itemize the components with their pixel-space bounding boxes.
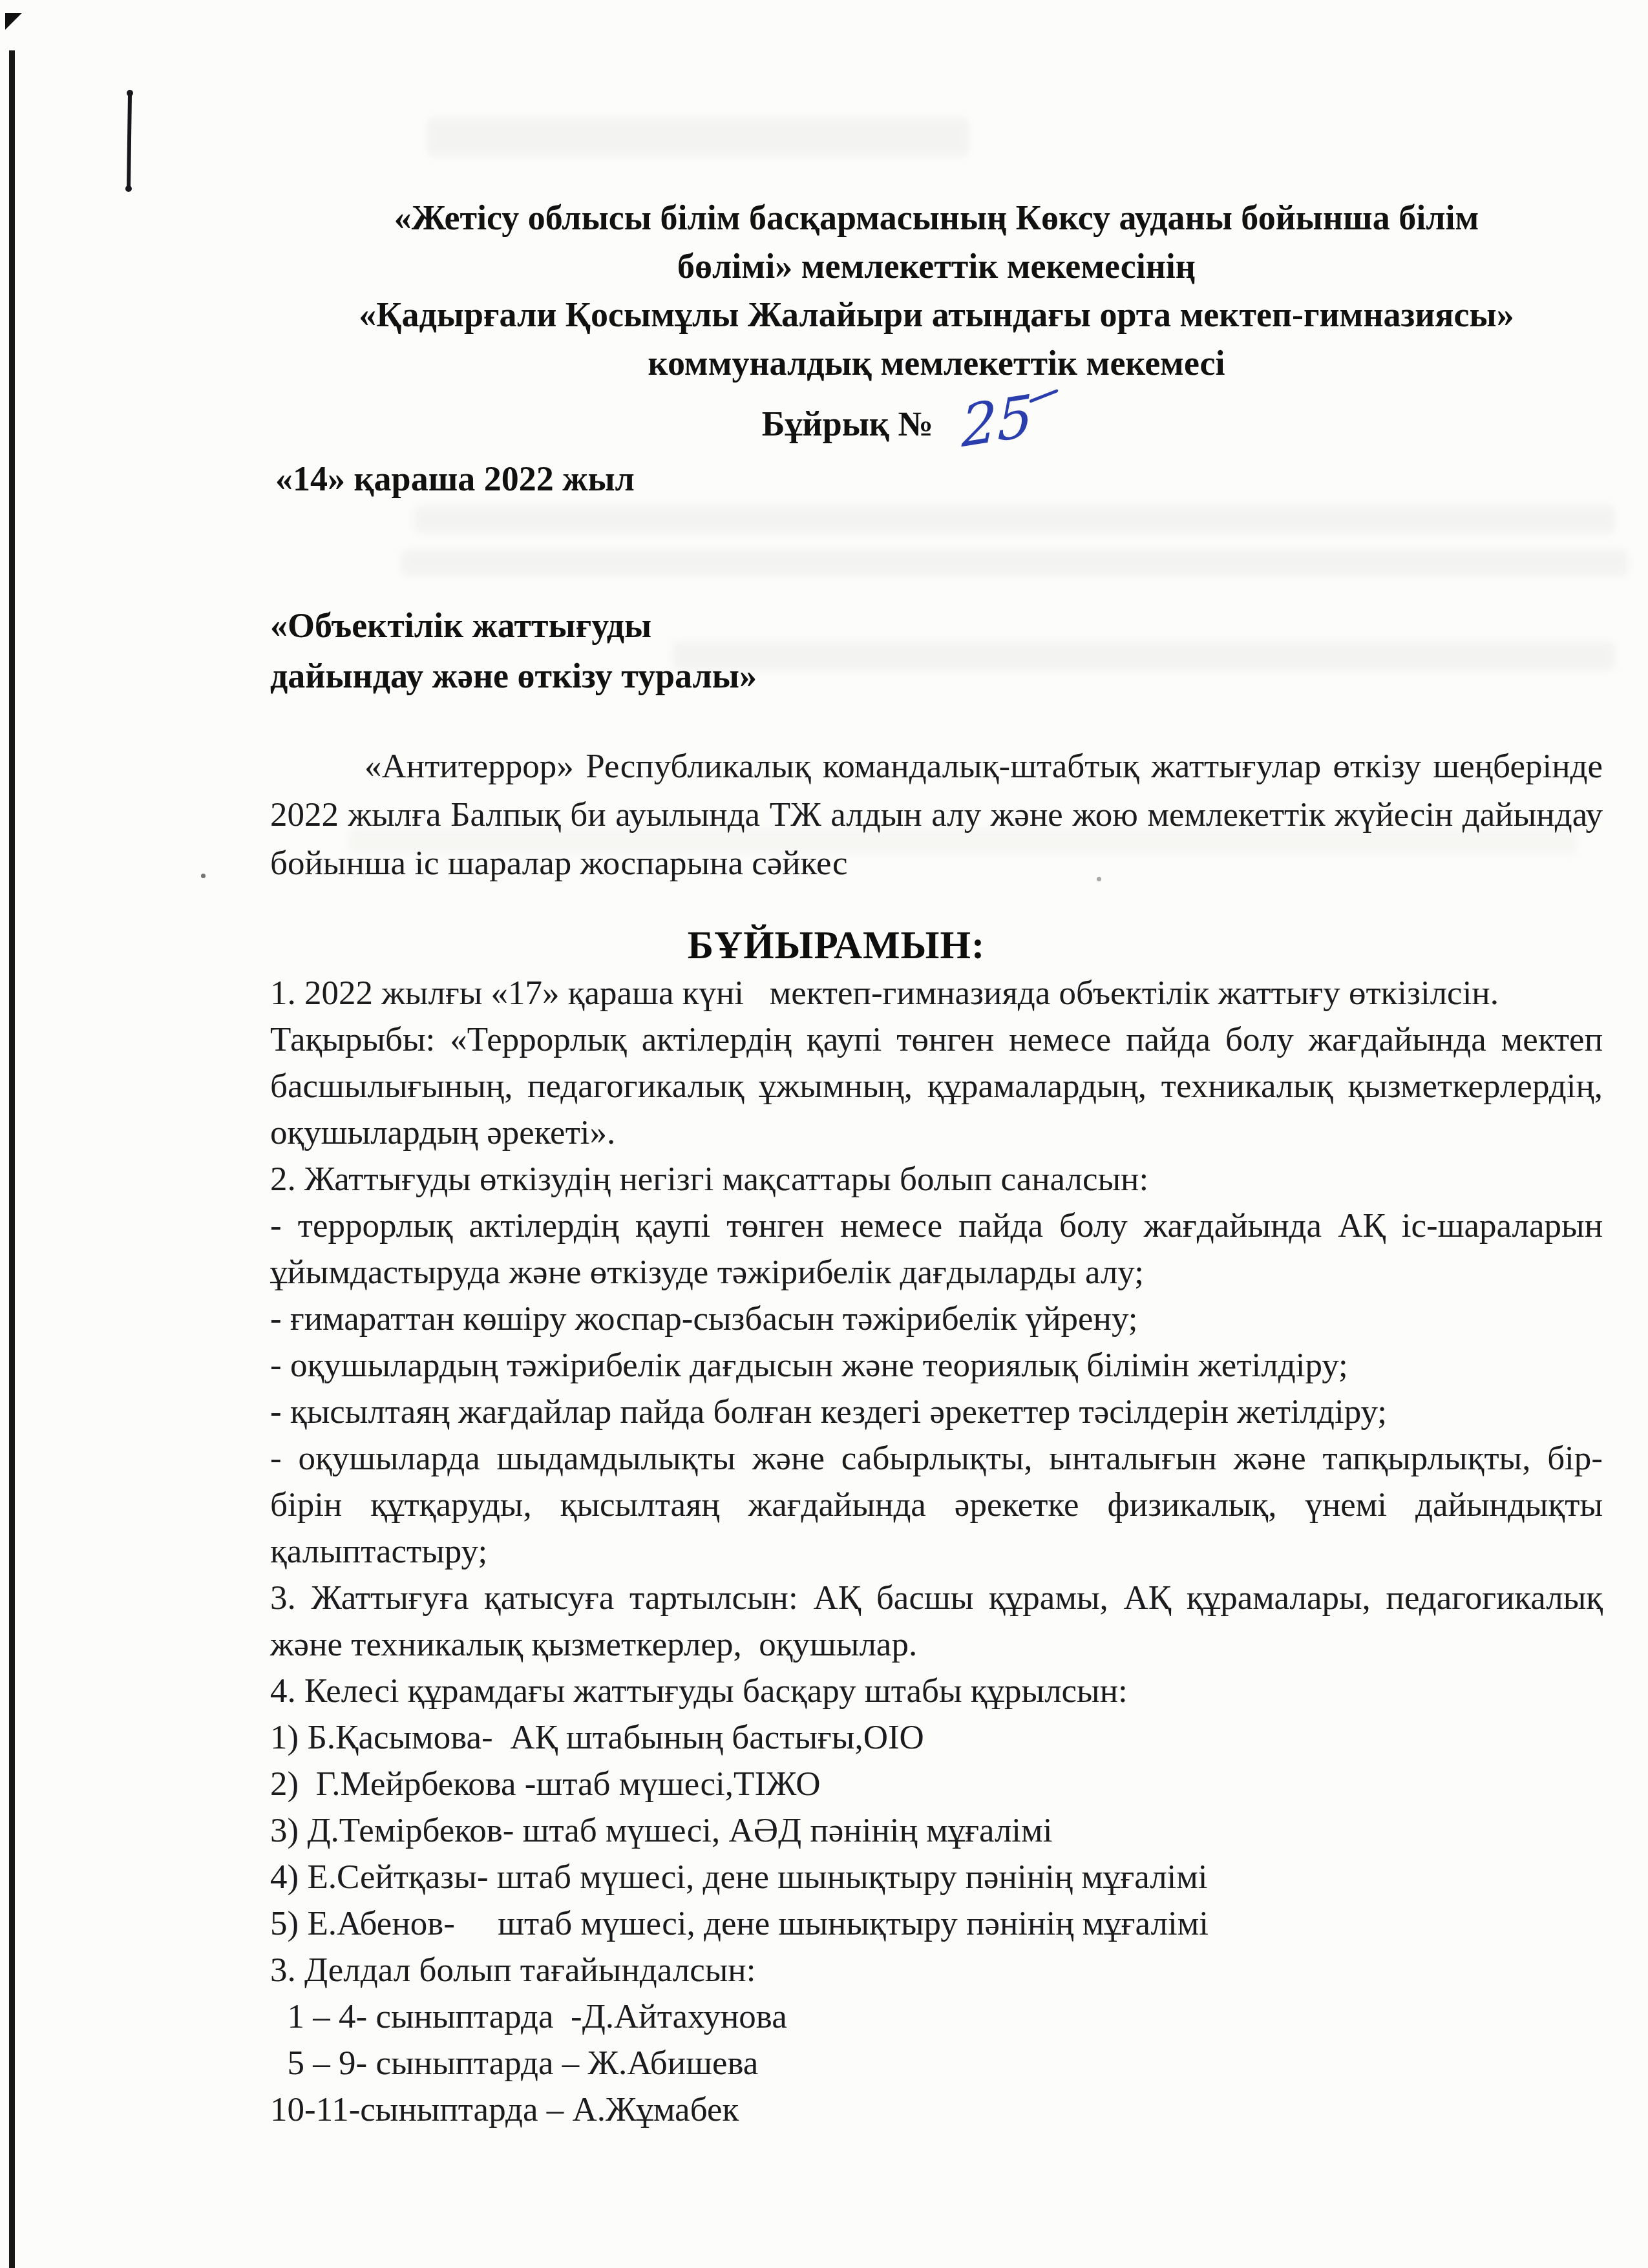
scan-corner-wedge [5,13,22,30]
organization-title-line: «Жетісу облысы білім басқармасының Көксу… [270,194,1603,242]
pen-flourish [1030,389,1059,403]
doc-paragraph: 3) Д.Темірбеков- штаб мүшесі, АӘД пәніні… [270,1807,1603,1854]
doc-paragraph: 1 – 4- сыныптарда -Д.Айтахунова [270,1993,1603,2040]
organization-title-line: бөлімі» мемлекеттік мекемесінің [270,242,1603,291]
doc-paragraph: - оқушыларда шыдамдылықты және сабырлықт… [270,1435,1603,1575]
doc-paragraph: 1) Б.Қасымова- АҚ штабының бастығы,ОІО [270,1714,1603,1761]
organization-title-line: «Қадырғали Қосымұлы Жалайыри атындағы ор… [270,291,1603,339]
organization-title-line: коммуналдық мемлекеттік мекемесі [270,339,1603,388]
doc-paragraph: - оқушылардың тәжірибелік дағдысын және … [270,1342,1603,1389]
intro-paragraph: «Антитеррор» Республикалық командалық-шт… [270,742,1603,888]
doc-paragraph: 4. Келесі құрамдағы жаттығуды басқару шт… [270,1668,1603,1714]
scan-smudge [427,118,969,156]
scan-edge-line [9,50,15,2268]
doc-paragraph: 2. Жаттығуды өткізудің негізгі мақсаттар… [270,1156,1603,1202]
order-number-handwritten: 25 [962,387,1033,456]
resolve-heading: БҰЙЫРАМЫН: [170,922,1503,970]
document-subject-line: дайындау және өткізу туралы» [270,651,1603,701]
document-content: «Жетісу облысы білім басқармасының Көксу… [270,194,1603,2133]
doc-paragraph: 4) Е.Сейтқазы- штаб мүшесі, дене шынықты… [270,1854,1603,1900]
doc-paragraph: - террорлық актілердің қаупі төнген неме… [270,1202,1603,1296]
document-date: «14» қараша 2022 жыл [270,455,1603,503]
document-subject-line: «Объектілік жаттығуды [270,600,1603,651]
doc-paragraph: 10-11-сыныптарда – А.Жұмабек [270,2086,1603,2133]
order-items: 1. 2022 жылғы «17» қараша күні мектеп-ги… [270,970,1603,2133]
doc-paragraph: Тақырыбы: «Террорлық актілердің қаупі тө… [270,1016,1603,1156]
pen-stroke-mark [127,92,132,188]
doc-paragraph: - қысылтаяң жағдайлар пайда болған кезде… [270,1389,1603,1435]
order-number-row: Бұйрық № 25 [231,388,1564,448]
doc-paragraph: - ғимараттан көшіру жоспар-сызбасын тәжі… [270,1296,1603,1342]
doc-paragraph: 2) Г.Мейрбекова -штаб мүшесі,ТІЖО [270,1761,1603,1807]
doc-paragraph: 1. 2022 жылғы «17» қараша күні мектеп-ги… [270,970,1603,1016]
doc-paragraph: 3. Делдал болып тағайындалсын: [270,1947,1603,1993]
doc-paragraph: 3. Жаттығуға қатысуға тартылсын: АҚ басш… [270,1575,1603,1668]
doc-paragraph: 5 – 9- сыныптарда – Ж.Абишева [270,2040,1603,2086]
document-subject: «Объектілік жаттығудыдайындау және өткіз… [270,600,1603,701]
order-label: Бұйрық № [762,404,933,443]
organization-title: «Жетісу облысы білім басқармасының Көксу… [270,194,1603,388]
scanned-document-page: «Жетісу облысы білім басқармасының Көксу… [0,0,1648,2268]
doc-paragraph: 5) Е.Абенов- штаб мүшесі, дене шынықтыру… [270,1900,1603,1947]
scan-dot-artifact [201,874,206,878]
